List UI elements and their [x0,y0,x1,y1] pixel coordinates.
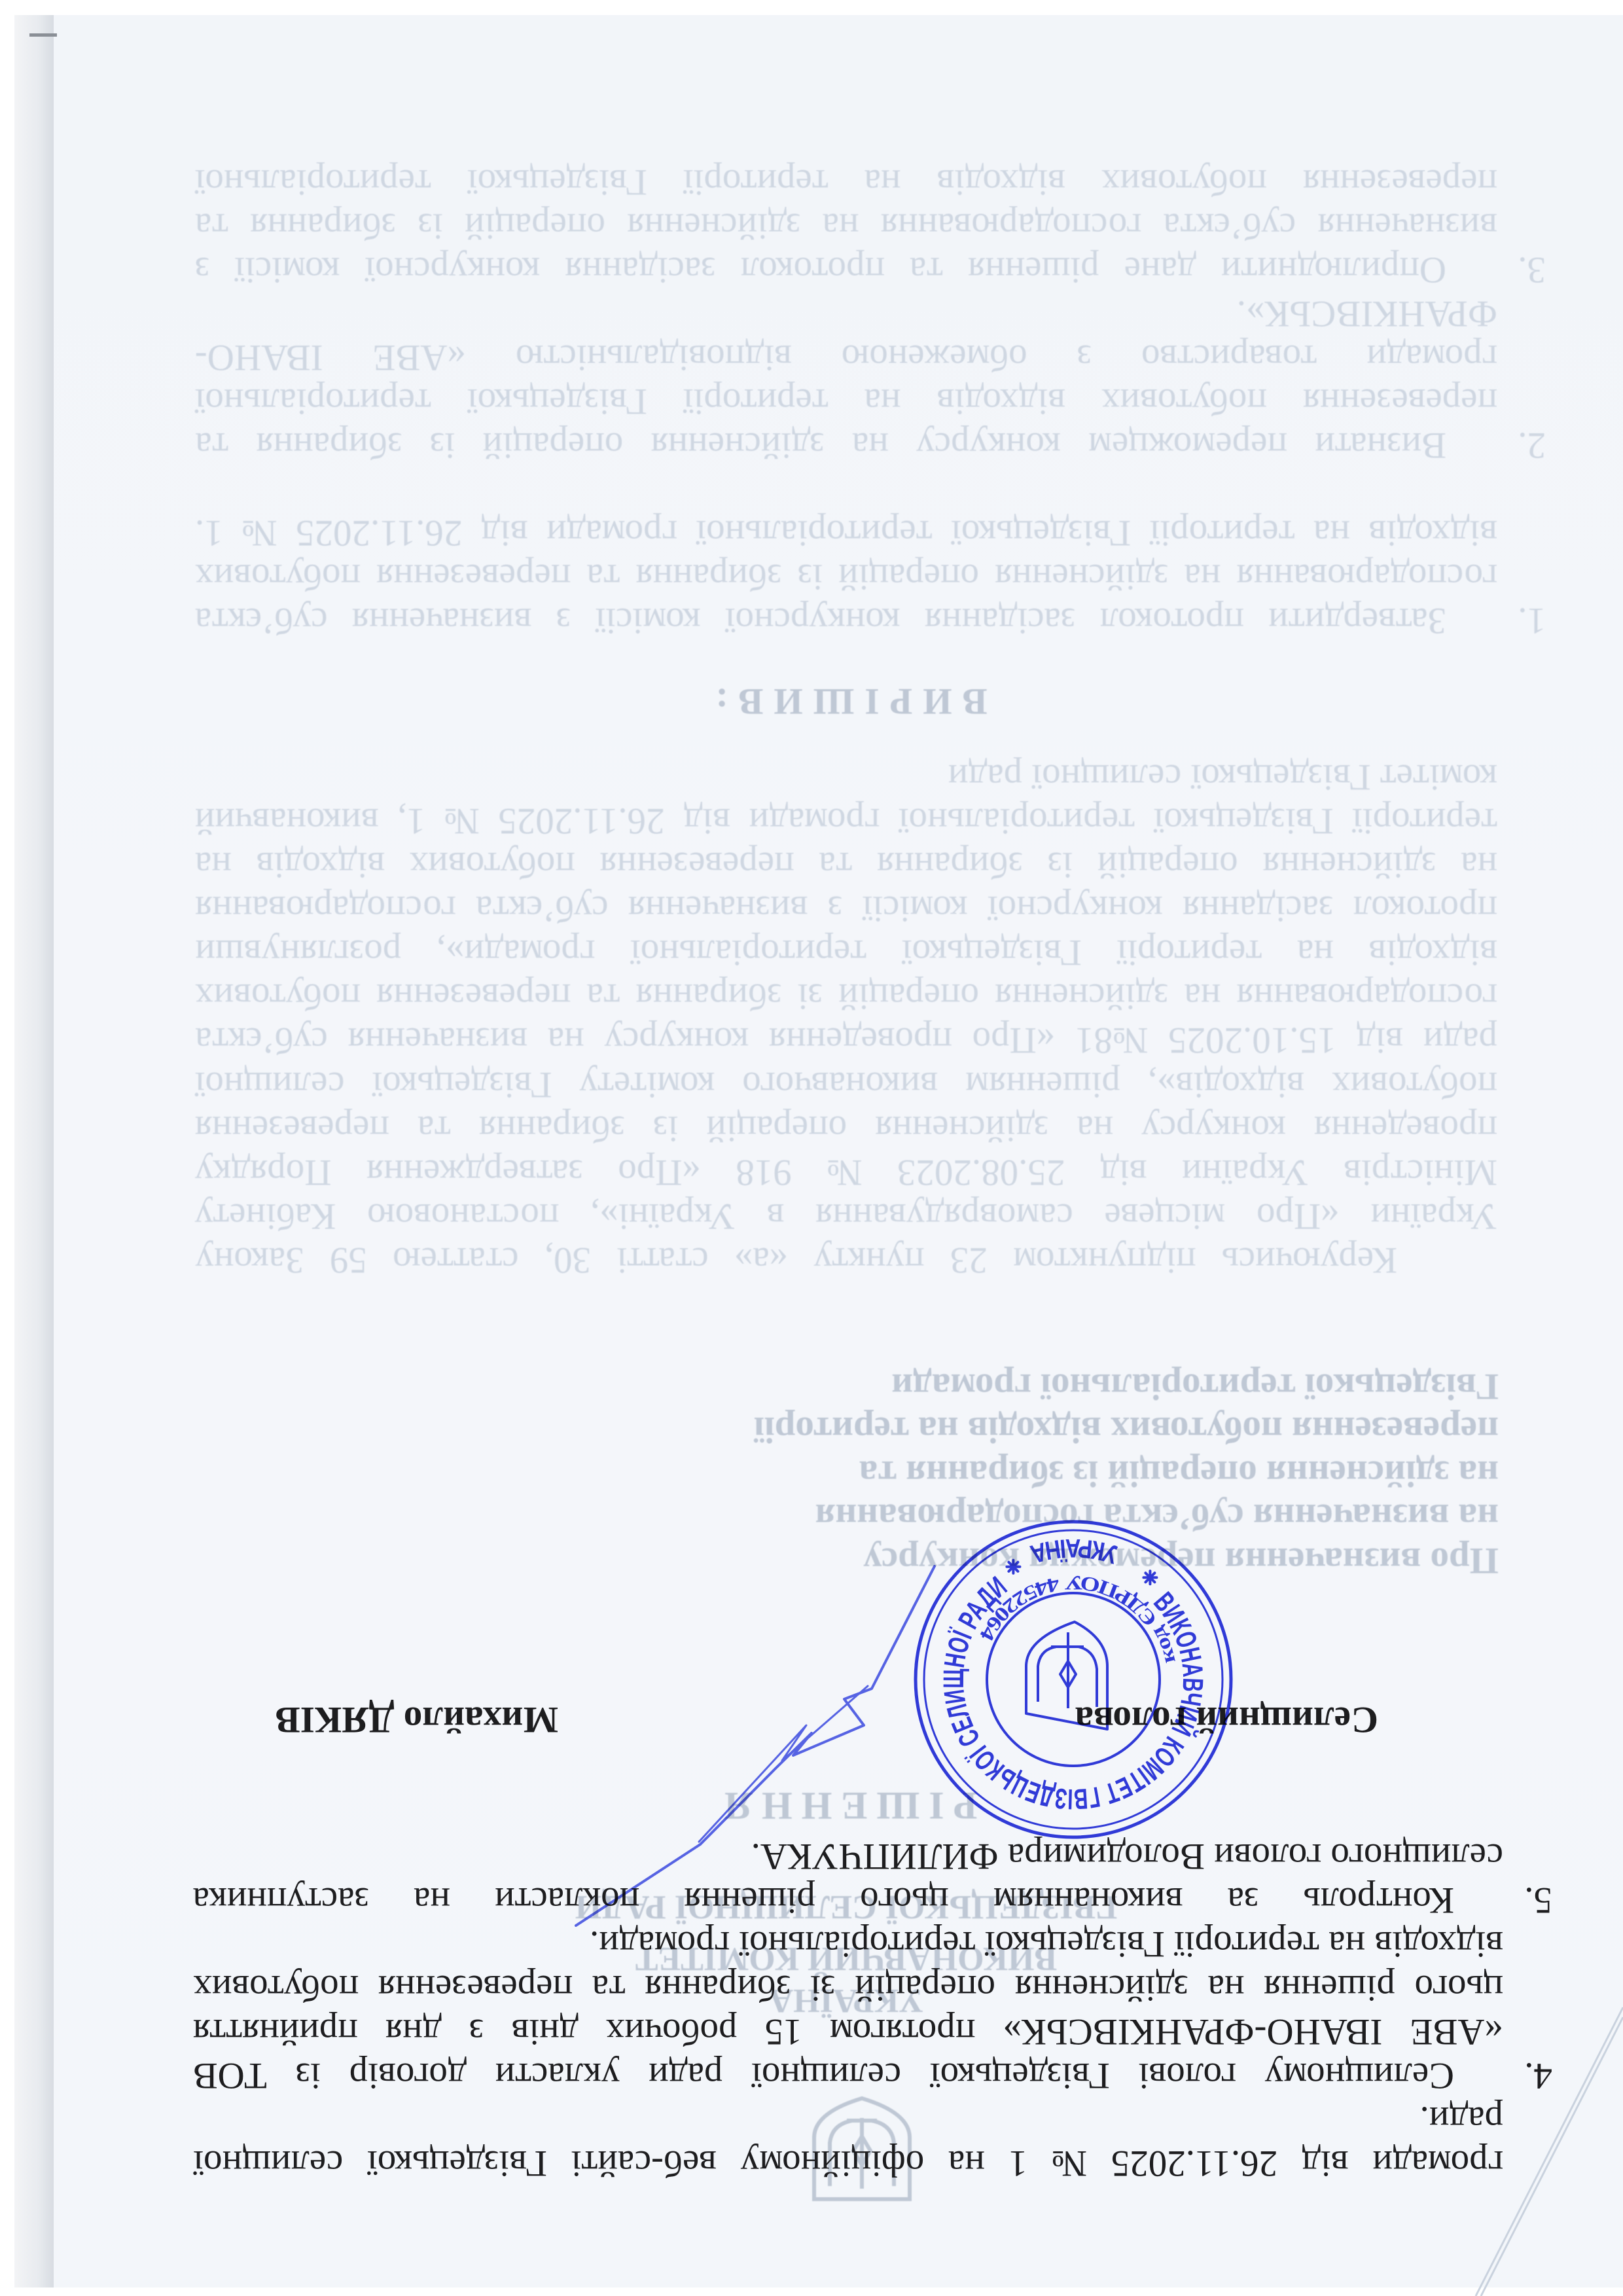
scanned-sheet: УКРАЇНА ВИКОНАВЧИЙ КОМІТЕТ ГВІЗДЕЦЬКОЇ С… [0,0,1623,2296]
paper-fold-line [0,0,1623,2296]
